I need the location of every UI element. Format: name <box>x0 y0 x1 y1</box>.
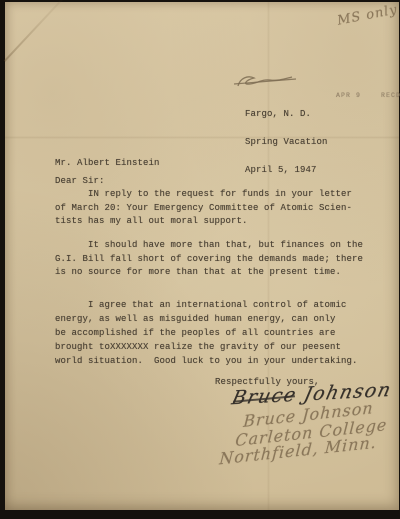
crossed-out-word-scribble <box>232 71 300 93</box>
horizontal-fold-line <box>5 136 399 139</box>
paragraph-3: I agree that an international control of… <box>55 299 358 369</box>
origin-city: Fargo, N. D. <box>245 110 328 119</box>
recipient-line: Mr. Albert Einstein <box>55 158 160 168</box>
salutation-line: Dear Sir: <box>55 176 105 186</box>
typed-line: is no source for more than that at the p… <box>55 266 363 280</box>
letterhead-block: Fargo, N. D. Spring Vacation April 5, 19… <box>245 91 328 194</box>
corner-crease <box>4 0 80 62</box>
typed-line: energy, as well as misguided human energ… <box>55 313 358 327</box>
typed-line: brought toXXXXXXX realize the gravity of… <box>55 341 358 355</box>
pencil-note-ms-only: MS only <box>336 2 399 28</box>
typed-line: It should have more than that, but finan… <box>55 239 363 253</box>
typed-line: tists has my all out moral support. <box>55 215 352 229</box>
typed-line: of March 20: Your Emergency Committee of… <box>55 202 352 216</box>
typed-line: G.I. Bill fall short of covering the dem… <box>55 253 363 267</box>
typed-line: world situation. Good luck to you in you… <box>55 355 358 369</box>
paragraph-1: IN reply to the request for funds in you… <box>55 188 352 229</box>
typed-line: I agree that an international control of… <box>55 299 358 313</box>
typed-line: be accomplished if the peoples of all co… <box>55 327 358 341</box>
typed-line: IN reply to the request for funds in you… <box>55 188 352 202</box>
letter-date: April 5, 1947 <box>245 166 328 175</box>
letter-paper: MS only APR 9 RECD Fargo, N. D. Spring V… <box>5 2 399 510</box>
letter-scan: MS only APR 9 RECD Fargo, N. D. Spring V… <box>0 0 400 519</box>
paragraph-2: It should have more than that, but finan… <box>55 239 363 280</box>
origin-occasion: Spring Vacation <box>245 138 328 147</box>
received-date-stamp: APR 9 RECD <box>336 92 400 99</box>
